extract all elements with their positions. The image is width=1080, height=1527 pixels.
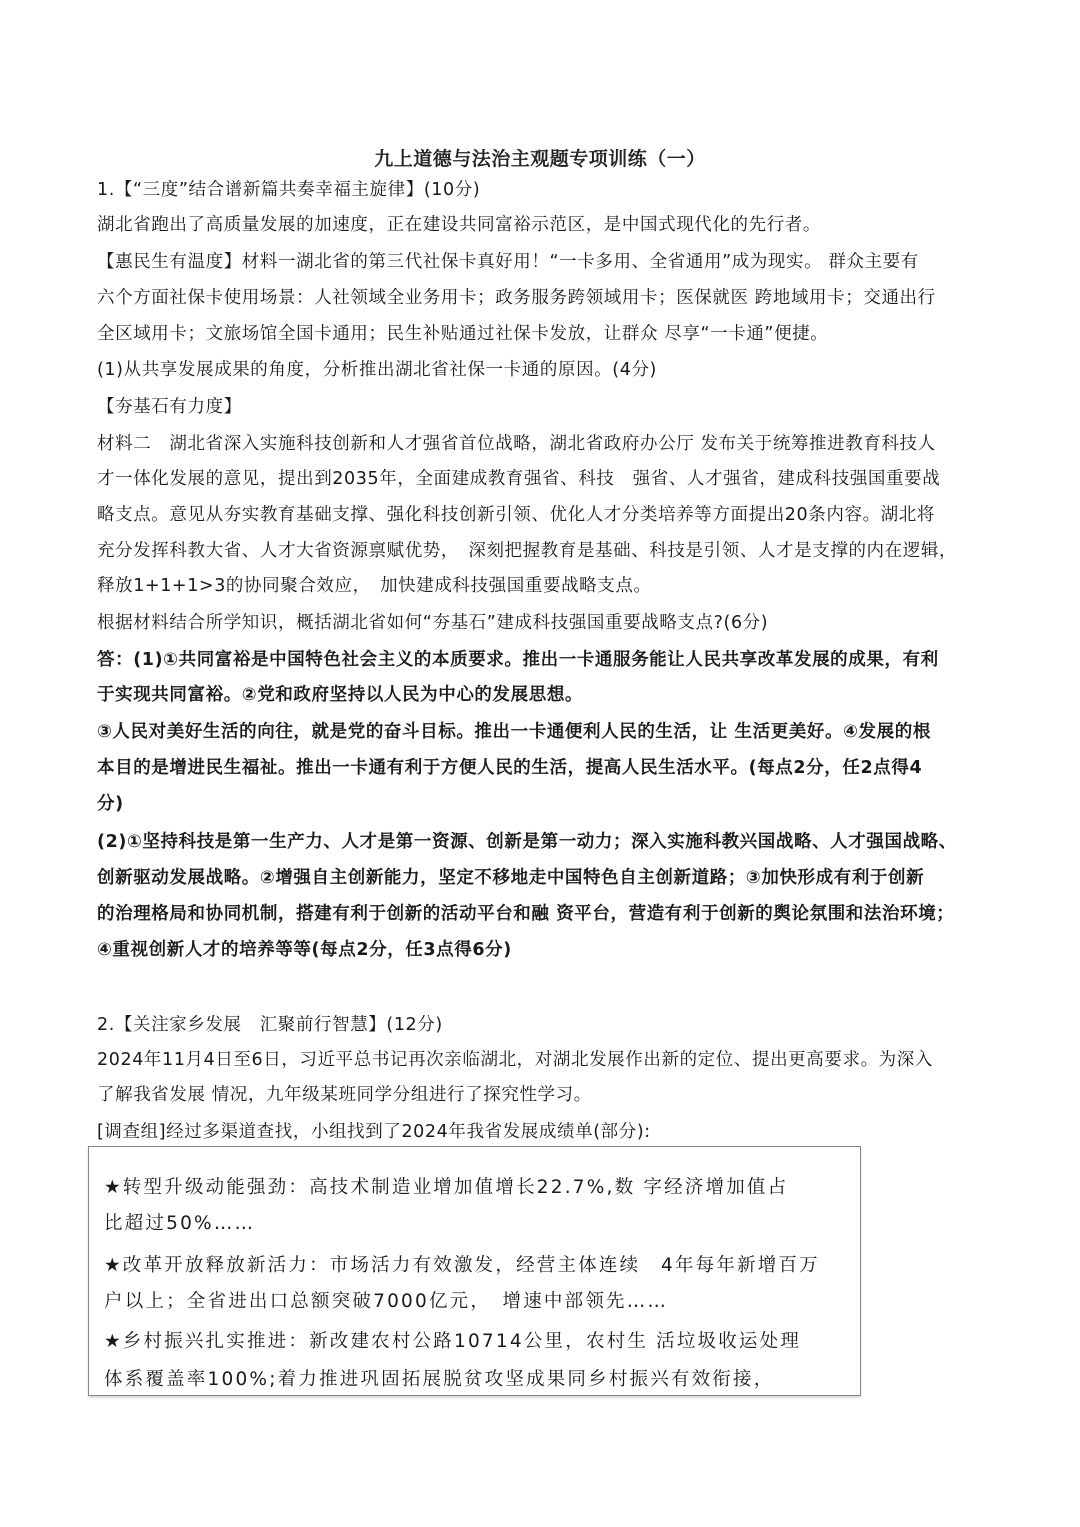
question-1-intro: 湖北省跑出了高质量发展的加速度，正在建设共同富裕示范区，是中国式现代化的先行者。 bbox=[97, 214, 821, 236]
material-2-line: 才一体化发展的意见，提出到2035年，全面建成教育强省、科技 强省、人才强省，建… bbox=[97, 468, 940, 490]
answer-1-line: ③人民对美好生活的向往，就是党的奋斗目标。推出一卡通便利人民的生活，让 生活更美… bbox=[97, 721, 931, 743]
answer-1-line: 分) bbox=[97, 793, 124, 815]
question-1-heading: 1.【“三度”结合谱新篇共奏幸福主旋律】(10分) bbox=[97, 179, 480, 201]
answer-2-line: (2)①坚持科技是第一生产力、人才是第一资源、创新是第一动力；深入实施科教兴国战… bbox=[97, 831, 957, 853]
material-2-line: 材料二 湖北省深入实施科技创新和人才强省首位战略，湖北省政府办公厅 发布关于统筹… bbox=[97, 433, 936, 455]
material-1-line: 全区域用卡；文旅场馆全国卡通用；民生补贴通过社保卡发放，让群众 尽享“一卡通”便… bbox=[97, 323, 828, 345]
achievement-line: 户以上；全省进出口总额突破7000亿元， 增速中部领先…… bbox=[104, 1291, 668, 1313]
achievement-line: ★转型升级动能强劲：高技术制造业增加值增长22.7%,数 字经济增加值占 bbox=[104, 1177, 788, 1199]
sub-question-2: 根据材料结合所学知识，概括湖北省如何“夯基石”建成科技强国重要战略支点?(6分) bbox=[97, 612, 768, 634]
achievement-line: ★改革开放释放新活力：市场活力有效激发，经营主体连续 4年每年新增百万 bbox=[104, 1255, 820, 1277]
section-2-heading: 【夯基石有力度】 bbox=[97, 396, 242, 418]
answer-1-line: 于实现共同富裕。②党和政府坚持以人民为中心的发展思想。 bbox=[97, 684, 583, 706]
question-2-intro-line: 2024年11月4日至6日，习近平总书记再次亲临湖北，对湖北发展作出新的定位、提… bbox=[97, 1049, 933, 1071]
material-1-line: 六个方面社保卡使用场景：人社领域全业务用卡；政务服务跨领域用卡；医保就医 跨地域… bbox=[97, 287, 936, 309]
question-2-heading: 2.【关注家乡发展 汇聚前行智慧】(12分) bbox=[97, 1014, 443, 1036]
achievement-line: 体系覆盖率100%;着力推进巩固拓展脱贫攻坚成果同乡村振兴有效衔接， bbox=[104, 1369, 774, 1391]
question-2-intro-line: 了解我省发展 情况，九年级某班同学分组进行了探究性学习。 bbox=[97, 1084, 592, 1106]
page-title: 九上道德与法治主观题专项训练（一） bbox=[0, 144, 1080, 171]
material-2-line: 充分发挥科教大省、人才大省资源禀赋优势， 深刻把握教育是基础、科技是引领、人才是… bbox=[97, 540, 957, 562]
material-2-line: 略支点。意见从夯实教育基础支撑、强化科技创新引领、优化人才分类培养等方面提出20… bbox=[97, 504, 935, 526]
answer-2-line: 创新驱动发展战略。②增强自主创新能力，坚定不移地走中国特色自主创新道路；③加快形… bbox=[97, 867, 924, 889]
material-1-line: 【惠民生有温度】材料一湖北省的第三代社保卡真好用！“一卡多用、全省通用”成为现实… bbox=[97, 251, 919, 273]
answer-1-line: 答：(1)①共同富裕是中国特色社会主义的本质要求。推出一卡通服务能让人民共享改革… bbox=[97, 649, 939, 671]
answer-1-line: 本目的是增进民生福祉。推出一卡通有利于方便人民的生活，提高人民生活水平。(每点2… bbox=[97, 757, 922, 779]
achievement-line: ★乡村振兴扎实推进：新改建农村公路10714公里，农村生 活垃圾收运处理 bbox=[104, 1331, 801, 1353]
achievement-line: 比超过50%…… bbox=[104, 1213, 255, 1235]
document-page: 九上道德与法治主观题专项训练（一） 1.【“三度”结合谱新篇共奏幸福主旋律】(1… bbox=[0, 0, 1080, 1527]
answer-2-line: 的治理格局和协同机制，搭建有利于创新的活动平台和融 资平台，营造有利于创新的舆论… bbox=[97, 903, 954, 925]
survey-group-line: [调查组]经过多渠道查找，小组找到了2024年我省发展成绩单(部分): bbox=[97, 1121, 651, 1143]
sub-question-1: (1)从共享发展成果的角度，分析推出湖北省社保一卡通的原因。(4分) bbox=[97, 359, 657, 381]
answer-2-line: ④重视创新人才的培养等等(每点2分，任3点得6分) bbox=[97, 939, 512, 961]
material-2-line: 释放1+1+1>3的协同聚合效应， 加快建成科技强国重要战略支点。 bbox=[97, 575, 652, 597]
